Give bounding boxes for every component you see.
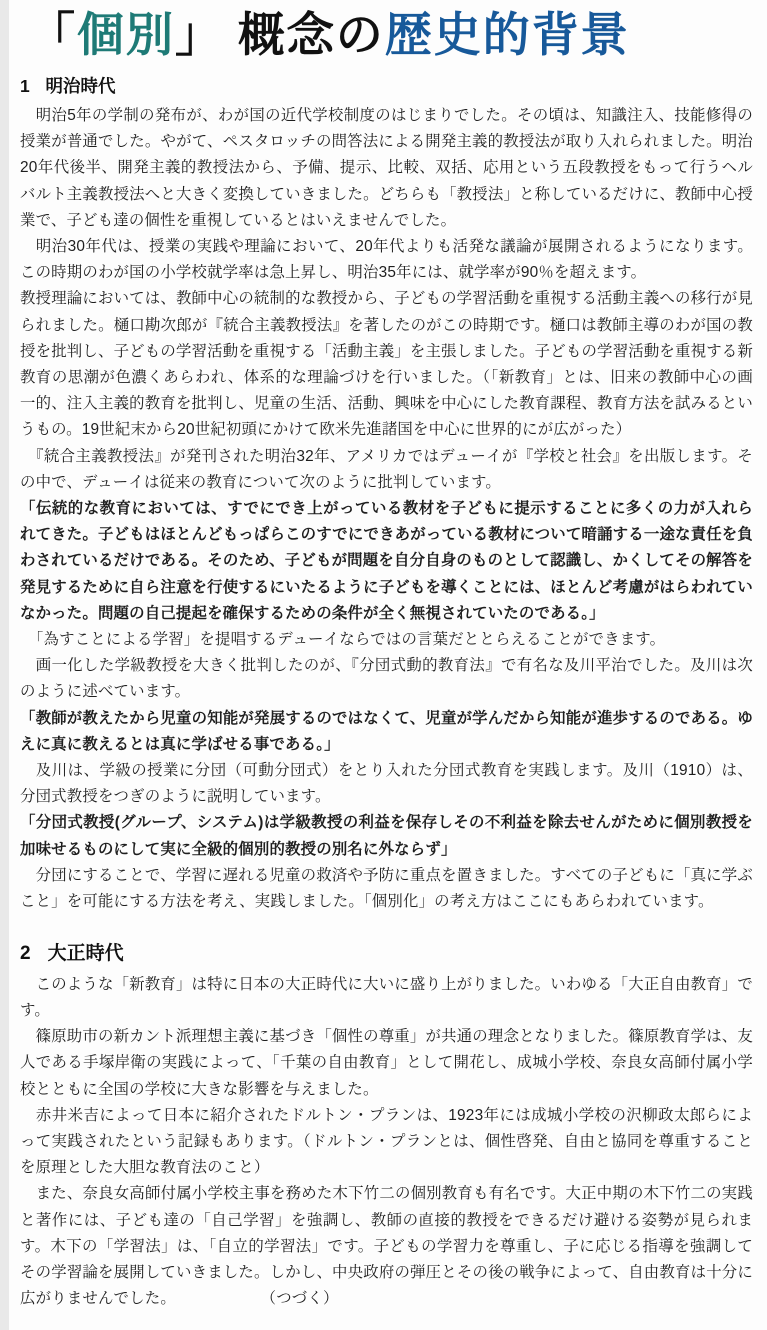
paragraph-last: また、奈良女高師付属小学校主事を務めた木下竹二の個別教育も有名です。大正中期の木… [20, 1181, 753, 1312]
title-middle: 概念の [224, 10, 385, 62]
page-title: 「個別」 概念の歴史的背景 [28, 8, 753, 64]
paragraph: 及川は、学級の授業に分団（可動分団式）をとり入れた分団式教育を実践します。及川（… [20, 758, 753, 810]
section-heading-taisho: 2大正時代 [20, 941, 753, 968]
paragraph: 教授理論においては、教師中心の統制的な教授から、子どもの学習活動を重視する活動主… [20, 286, 753, 443]
paragraph: このような「新教育」は特に日本の大正時代に大いに盛り上がりました。いわゆる「大正… [20, 972, 753, 1024]
paragraph: 『統合主義教授法』が発刊された明治32年、アメリカではデューイが『学校と社会』を… [20, 444, 753, 496]
title-bracket-close: 」 [175, 10, 224, 62]
section-taisho: 2大正時代 このような「新教育」は特に日本の大正時代に大いに盛り上がりました。い… [20, 941, 753, 1312]
quote-dewey: 「伝統的な教育においては、すでにでき上がっている教材を子どもに提示することに多く… [20, 496, 753, 627]
paragraph: 「為すことによる学習」を提唱するデューイならではの言葉だととらえることができます… [20, 627, 753, 653]
section-meiji: 1明治時代 明治5年の学制の発布が、わが国の近代学校制度のはじまりでした。その頃… [20, 74, 753, 915]
paragraph: 明治30年代は、授業の実践や理論において、20年代よりも活発な議論が展開されるよ… [20, 234, 753, 286]
continuation-note: （つづく） [261, 1286, 339, 1312]
paragraph: 明治5年の学制の発布が、わが国の近代学校制度のはじまりでした。その頃は、知識注入… [20, 103, 753, 234]
section-heading-label: 大正時代 [48, 943, 124, 964]
paragraph: 画一化した学級教授を大きく批判したのが、『分団式動的教育法』で有名な及川平治でし… [20, 653, 753, 705]
section-body: 明治5年の学制の発布が、わが国の近代学校制度のはじまりでした。その頃は、知識注入… [20, 103, 753, 915]
paragraph: 分団にすることで、学習に遅れる児童の救済や予防に重点を置きました。すべての子ども… [20, 863, 753, 915]
quote-oikawa-1: 「教師が教えたから児童の知能が発展するのではなくて、児童が学んだから知能が進歩す… [20, 706, 753, 758]
section-heading-meiji: 1明治時代 [20, 74, 753, 99]
document-page: 「個別」 概念の歴史的背景 1明治時代 明治5年の学制の発布が、わが国の近代学校… [0, 0, 767, 1330]
section-number: 1 [20, 74, 30, 99]
page-edge-strip [0, 0, 9, 1330]
quote-oikawa-2: 「分団式教授(グループ、システム)は学級教授の利益を保存しその不利益を除去せんが… [20, 810, 753, 862]
section-body: このような「新教育」は特に日本の大正時代に大いに盛り上がりました。いわゆる「大正… [20, 972, 753, 1313]
title-bracket-open: 「 [28, 10, 77, 62]
paragraph-text: また、奈良女高師付属小学校主事を務めた木下竹二の個別教育も有名です。大正中期の木… [20, 1185, 753, 1307]
title-highlight-history: 歴史的背景 [385, 10, 630, 62]
section-heading-label: 明治時代 [45, 76, 115, 96]
paragraph: 赤井米吉によって日本に紹介されたドルトン・プランは、1923年には成城小学校の沢… [20, 1103, 753, 1182]
section-number: 2 [20, 941, 31, 968]
paragraph: 篠原助市の新カント派理想主義に基づき「個性の尊重」が共通の理念となりました。篠原… [20, 1024, 753, 1103]
title-highlight-individual: 個別 [77, 10, 175, 62]
